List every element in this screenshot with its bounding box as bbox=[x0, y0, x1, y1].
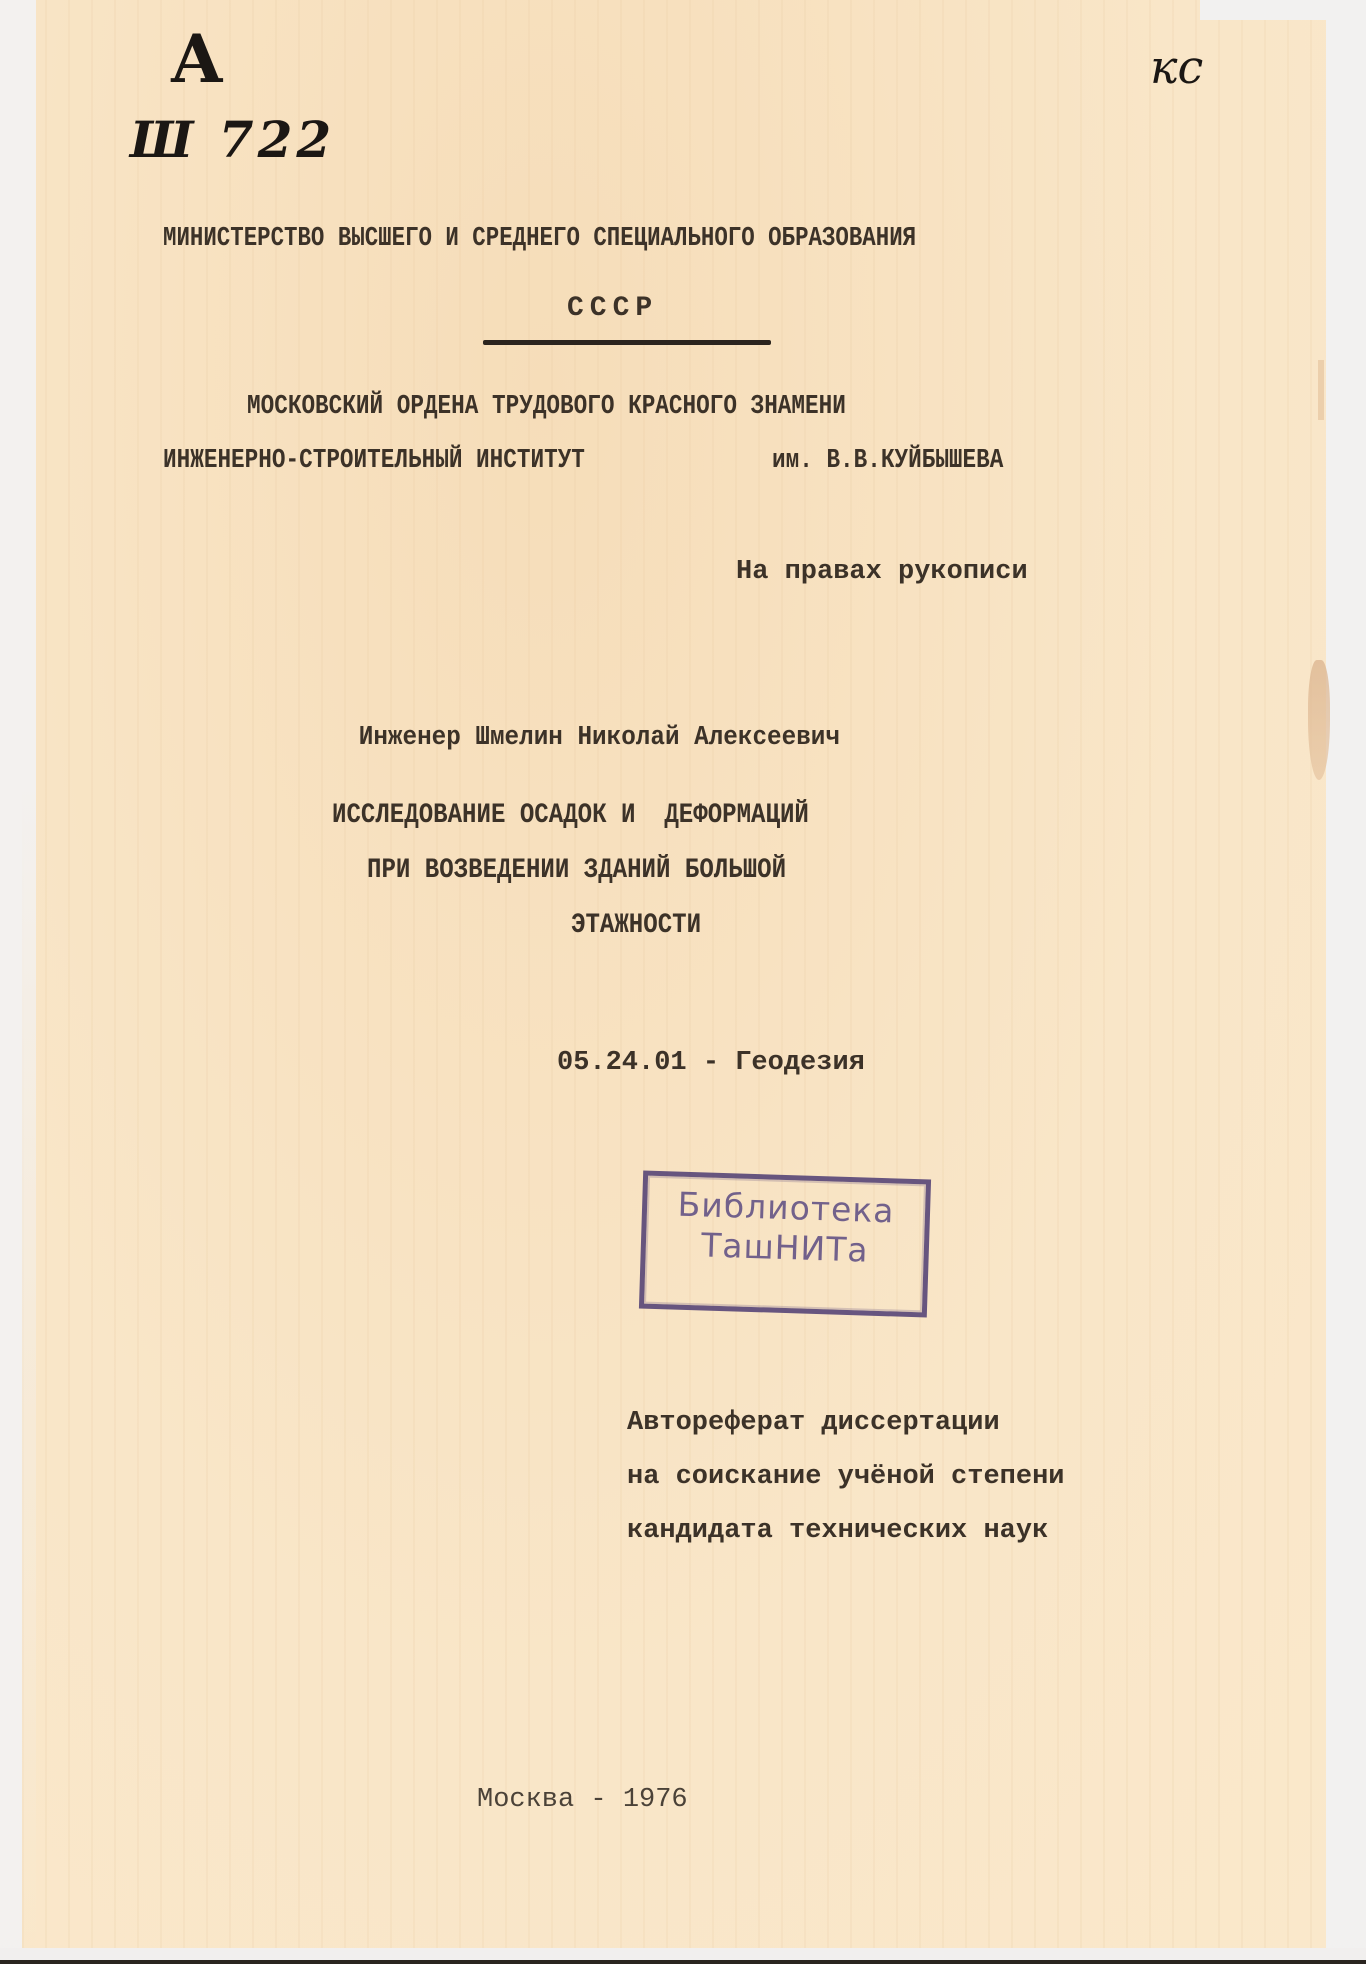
institute-name: им. В.В.КУЙБЫШЕВА bbox=[772, 446, 1003, 476]
handwritten-corner-note: кс bbox=[1150, 40, 1203, 94]
scan-margin-left bbox=[0, 0, 36, 1964]
institute-line-2: ИНЖЕНЕРНО-СТРОИТЕЛЬНЫЙ ИНСТИТУТ bbox=[163, 446, 585, 476]
rights-note: На правах рукописи bbox=[736, 557, 1028, 587]
handwritten-letter: А bbox=[170, 20, 224, 98]
title-line-3: ЭТАЖНОСТИ bbox=[571, 910, 701, 941]
institute-line-1: МОСКОВСКИЙ ОРДЕНА ТРУДОВОГО КРАСНОГО ЗНА… bbox=[247, 392, 846, 422]
abstract-line-2: на соискание учёной степени bbox=[627, 1462, 1064, 1492]
scan-margin-right bbox=[1326, 0, 1366, 1964]
library-stamp: Библиотека ТашНИТа bbox=[639, 1171, 931, 1318]
ministry-heading: МИНИСТЕРСТВО ВЫСШЕГО И СРЕДНЕГО СПЕЦИАЛЬ… bbox=[163, 224, 916, 254]
country-heading: СССР bbox=[567, 293, 658, 324]
author-line: Инженер Шмелин Николай Алексеевич bbox=[359, 723, 840, 753]
scan-margin-bottom bbox=[0, 1948, 1366, 1960]
handwritten-shelfmark: Ш 722 bbox=[130, 110, 335, 169]
title-line-2: ПРИ ВОЗВЕДЕНИИ ЗДАНИЙ БОЛЬШОЙ bbox=[367, 855, 786, 886]
paper-stain bbox=[1318, 360, 1324, 420]
city-year: Москва - 1976 bbox=[477, 1785, 688, 1815]
heading-underline bbox=[483, 340, 771, 345]
abstract-line-3: кандидата технических наук bbox=[627, 1516, 1048, 1546]
abstract-line-1: Автореферат диссертации bbox=[627, 1408, 1000, 1438]
document-page bbox=[22, 0, 1328, 1952]
stamp-line-2: ТашНИТа bbox=[645, 1224, 924, 1272]
scan-edge-bottom bbox=[0, 1960, 1366, 1964]
specialty-code: 05.24.01 - Геодезия bbox=[557, 1048, 865, 1078]
paper-stain bbox=[1308, 660, 1330, 780]
title-line-1: ИССЛЕДОВАНИЕ ОСАДОК И ДЕФОРМАЦИЙ bbox=[332, 800, 809, 831]
